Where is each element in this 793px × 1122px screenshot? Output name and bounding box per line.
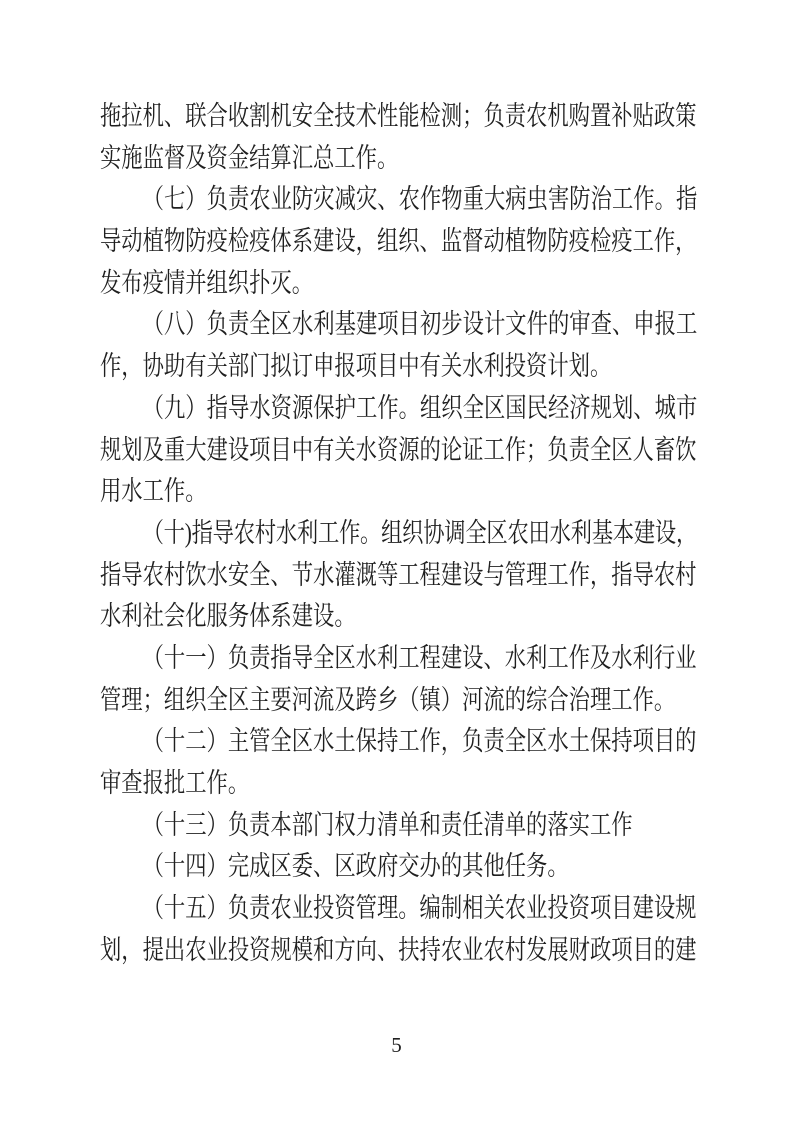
text-line: 水利社会化服务体系建设。 — [100, 596, 696, 638]
text-line-section-8: （八）负责全区水利基建项目初步设计文件的审查、申报工 — [100, 304, 696, 346]
text-line: 拖拉机、联合收割机安全技术性能检测；负责农机购置补贴政策 — [100, 96, 696, 138]
text-line: 用水工作。 — [100, 471, 696, 513]
document-body: 拖拉机、联合收割机安全技术性能检测；负责农机购置补贴政策 实施监督及资金结算汇总… — [100, 96, 696, 971]
text-line: 审查报批工作。 — [100, 763, 696, 805]
text-line-section-9: （九）指导水资源保护工作。组织全区国民经济规划、城市 — [100, 388, 696, 430]
text-line: 发布疫情并组织扑灭。 — [100, 263, 696, 305]
text-line: 导动植物防疫检疫体系建设，组织、监督动植物防疫检疫工作， — [100, 221, 696, 263]
text-line: 实施监督及资金结算汇总工作。 — [100, 138, 696, 180]
text-line-section-15: （十五）负责农业投资管理。编制相关农业投资项目建设规 — [100, 888, 696, 930]
text-line: 管理；组织全区主要河流及跨乡（镇）河流的综合治理工作。 — [100, 680, 696, 722]
text-line: 作，协助有关部门拟订申报项目中有关水利投资计划。 — [100, 346, 696, 388]
text-line-section-11: （十一）负责指导全区水利工程建设、水利工作及水利行业 — [100, 638, 696, 680]
text-line-section-12: （十二）主管全区水土保持工作，负责全区水土保持项目的 — [100, 721, 696, 763]
document-page: 拖拉机、联合收割机安全技术性能检测；负责农机购置补贴政策 实施监督及资金结算汇总… — [0, 0, 793, 1122]
text-line: 划，提出农业投资规模和方向、扶持农业农村发展财政项目的建 — [100, 930, 696, 972]
page-footer: 5 — [0, 1032, 793, 1058]
text-line-section-7: （七）负责农业防灾减灾、农作物重大病虫害防治工作。指 — [100, 179, 696, 221]
text-line: 指导农村饮水安全、节水灌溉等工程建设与管理工作，指导农村 — [100, 555, 696, 597]
text-line-section-13: （十三）负责本部门权力清单和责任清单的落实工作 — [100, 805, 696, 847]
text-line-section-14: （十四）完成区委、区政府交办的其他任务。 — [100, 846, 696, 888]
text-line: 规划及重大建设项目中有关水资源的论证工作；负责全区人畜饮 — [100, 430, 696, 472]
page-number: 5 — [391, 1033, 402, 1057]
text-line-section-10: （十)指导农村水利工作。组织协调全区农田水利基本建设， — [100, 513, 696, 555]
